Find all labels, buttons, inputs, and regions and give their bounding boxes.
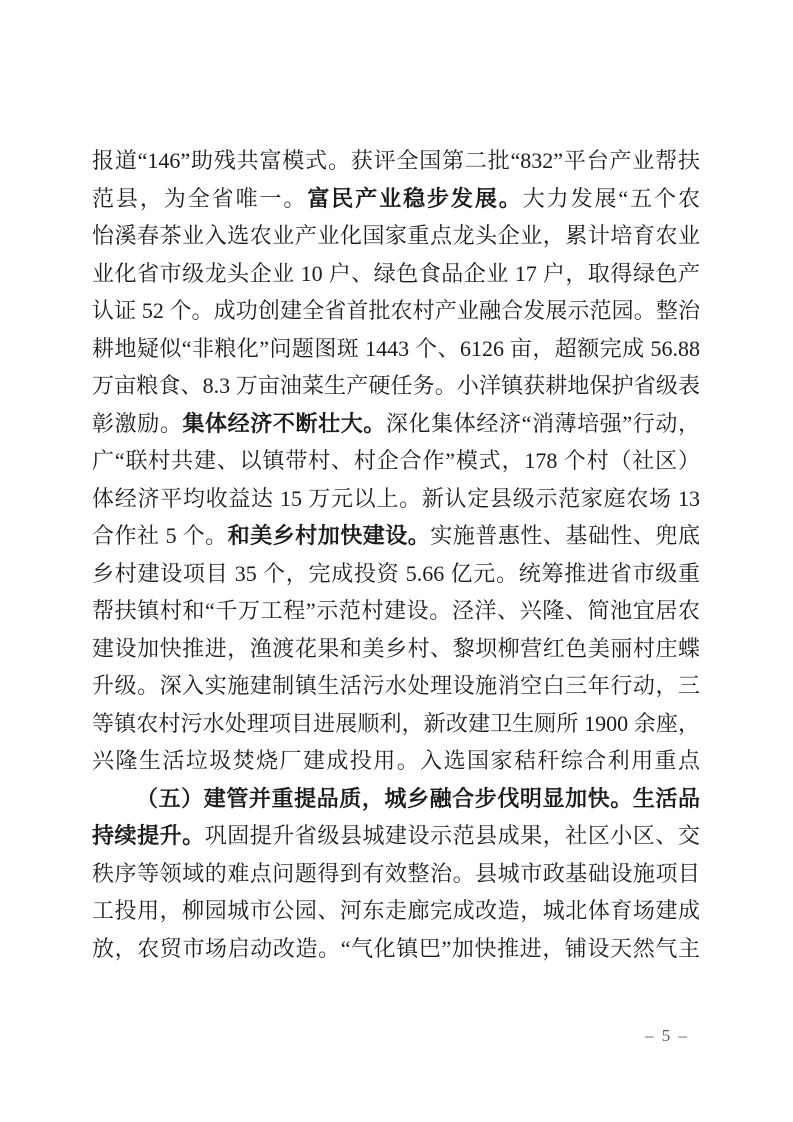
text-line: 报道“146”助残共富模式。获评全国第二批“832”平台产业帮扶示 bbox=[92, 142, 700, 180]
text-run: 体经济平均收益达 15 万元以上。新认定县级示范家庭农场 13 个、 bbox=[92, 486, 700, 518]
text-run: 认证 52 个。成功创建全省首批农村产业融合发展示范园。整治 bbox=[92, 298, 700, 323]
text-line: 帮扶镇村和“千万工程”示范村建设。泾洋、兴隆、简池宜居农房 bbox=[92, 592, 700, 630]
document-page: 报道“146”助残共富模式。获评全国第二批“832”平台产业帮扶示范县，为全省唯… bbox=[0, 0, 793, 1122]
text-run: 集体经济不断壮大。 bbox=[182, 411, 385, 436]
text-run: 广“联村共建、以镇带村、村企合作”模式，178 个村（社区）集 bbox=[92, 448, 700, 480]
text-line: 兴隆生活垃圾焚烧厂建成投用。入选国家秸秆综合利用重点县。 bbox=[92, 742, 700, 780]
text-line: 建设加快推进，渔渡花果和美乡村、黎坝柳营红色美丽村庄蝶变 bbox=[92, 630, 700, 668]
text-line: 认证 52 个。成功创建全省首批农村产业融合发展示范园。整治 bbox=[92, 292, 700, 330]
paragraph: （五）建管并重提品质，城乡融合步伐明显加快。生活品质持续提升。巩固提升省级县城建… bbox=[92, 780, 700, 968]
text-run: （五）建管并重提品质，城乡融合步伐明显加快。生活品质 bbox=[92, 786, 700, 818]
text-line: 放，农贸市场启动改造。“气化镇巴”加快推进，铺设天然气主管 bbox=[92, 930, 700, 968]
text-run: 兴隆生活垃圾焚烧厂建成投用。入选国家秸秆综合利用重点县。 bbox=[92, 748, 700, 780]
text-run: 富民产业稳步发展。 bbox=[307, 186, 522, 211]
text-line: 业化省市级龙头企业 10 户、绿色食品企业 17 户，取得绿色产品 bbox=[92, 255, 700, 293]
text-run: 范县，为全省唯一。 bbox=[92, 186, 307, 211]
text-run: 耕地疑似“非粮化”问题图斑 1443 个、6126 亩，超额完成 56.88 bbox=[92, 336, 700, 361]
text-run: 放，农贸市场启动改造。“气化镇巴”加快推进，铺设天然气主管 bbox=[92, 936, 700, 968]
text-run: 持续提升。 bbox=[92, 823, 205, 848]
text-run: 帮扶镇村和“千万工程”示范村建设。泾洋、兴隆、简池宜居农房 bbox=[92, 598, 700, 630]
text-line: （五）建管并重提品质，城乡融合步伐明显加快。生活品质 bbox=[92, 780, 700, 818]
text-line: 彰激励。集体经济不断壮大。深化集体经济“消薄培强”行动，推 bbox=[92, 405, 700, 443]
text-line: 耕地疑似“非粮化”问题图斑 1443 个、6126 亩，超额完成 56.88 bbox=[92, 330, 700, 368]
paragraph: 报道“146”助残共富模式。获评全国第二批“832”平台产业帮扶示范县，为全省唯… bbox=[92, 142, 700, 780]
text-line: 升级。深入实施建制镇生活污水处理设施消空白三年行动，三元 bbox=[92, 667, 700, 705]
text-run: 万亩粮食、8.3 万亩油菜生产硬任务。小洋镇获耕地保护省级表 bbox=[92, 373, 700, 398]
text-run: 升级。深入实施建制镇生活污水处理设施消空白三年行动，三元 bbox=[92, 673, 700, 705]
text-run: 合作社 5 个。 bbox=[92, 523, 228, 548]
text-line: 万亩粮食、8.3 万亩油菜生产硬任务。小洋镇获耕地保护省级表 bbox=[92, 367, 700, 405]
text-line: 工投用，柳园城市公园、河东走廊完成改造，城北体育场建成开 bbox=[92, 892, 700, 930]
text-run: 乡村建设项目 35 个，完成投资 5.66 亿元。统筹推进省市级重点 bbox=[92, 561, 700, 593]
text-run: 秩序等领域的难点问题得到有效整治。县城市政基础设施项目竣 bbox=[92, 861, 700, 893]
text-line: 乡村建设项目 35 个，完成投资 5.66 亿元。统筹推进省市级重点 bbox=[92, 555, 700, 593]
text-run: 建设加快推进，渔渡花果和美乡村、黎坝柳营红色美丽村庄蝶变 bbox=[92, 636, 700, 668]
text-line: 怡溪春茶业入选农业产业化国家重点龙头企业，累计培育农业产 bbox=[92, 217, 700, 255]
document-body: 报道“146”助残共富模式。获评全国第二批“832”平台产业帮扶示范县，为全省唯… bbox=[92, 142, 700, 967]
page-number: – 5 – bbox=[645, 1026, 689, 1046]
text-line: 秩序等领域的难点问题得到有效整治。县城市政基础设施项目竣 bbox=[92, 855, 700, 893]
text-line: 范县，为全省唯一。富民产业稳步发展。大力发展“五个农业”， bbox=[92, 180, 700, 218]
text-line: 持续提升。巩固提升省级县城建设示范县成果，社区小区、交通 bbox=[92, 817, 700, 855]
text-run: 等镇农村污水处理项目进展顺利，新改建卫生厕所 1900 余座， bbox=[92, 711, 700, 736]
text-run: 报道“146”助残共富模式。获评全国第二批“832”平台产业帮扶示 bbox=[92, 148, 700, 180]
text-run: 业化省市级龙头企业 10 户、绿色食品企业 17 户，取得绿色产品 bbox=[92, 261, 700, 293]
text-line: 体经济平均收益达 15 万元以上。新认定县级示范家庭农场 13 个、 bbox=[92, 480, 700, 518]
text-run: 和美乡村加快建设。 bbox=[228, 523, 431, 548]
text-run: 怡溪春茶业入选农业产业化国家重点龙头企业，累计培育农业产 bbox=[92, 223, 700, 255]
text-line: 等镇农村污水处理项目进展顺利，新改建卫生厕所 1900 余座， bbox=[92, 705, 700, 743]
text-line: 广“联村共建、以镇带村、村企合作”模式，178 个村（社区）集 bbox=[92, 442, 700, 480]
text-run: 彰激励。 bbox=[92, 411, 182, 436]
text-line: 合作社 5 个。和美乡村加快建设。实施普惠性、基础性、兜底性 bbox=[92, 517, 700, 555]
text-run: 工投用，柳园城市公园、河东走廊完成改造，城北体育场建成开 bbox=[92, 898, 700, 930]
